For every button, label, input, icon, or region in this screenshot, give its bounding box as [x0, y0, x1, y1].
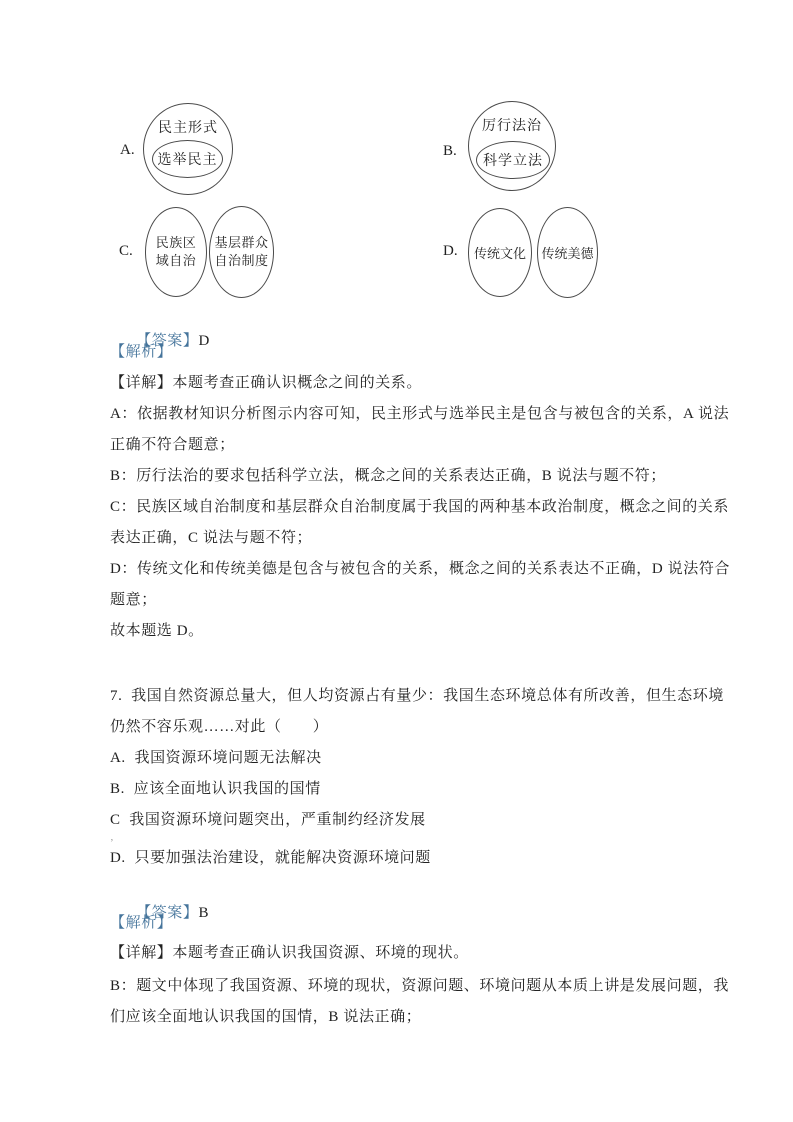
detail-line: A：依据教材知识分析图示内容可知，民主形式与选举民主是包含与被包含的关系，A 说…: [110, 404, 729, 424]
diagram-d-left-ellipse: 传统文化: [468, 208, 532, 297]
diagram-c-right-text-line1: 基层群众: [214, 234, 268, 252]
detail-line: 正确不符合题意；: [110, 435, 235, 455]
detail-line: B：题文中体现了我国资源、环境的现状，资源问题、环境问题从本质上讲是发展问题，我: [110, 976, 729, 996]
answer-line: 【答案】D: [110, 311, 210, 371]
diagram-c-left-text-line1: 民族区: [156, 234, 197, 252]
answer-value: D: [199, 333, 210, 349]
diagram-a-outer-text: 民主形式: [144, 117, 232, 137]
diagram-c-right-text-line2: 自治制度: [214, 252, 268, 270]
option-a: A. 我国资源环境问题无法解决: [110, 748, 322, 768]
option-d: D. 只要加强法治建设，就能解决资源环境问题: [110, 848, 431, 868]
analysis-bracket-label: 【解析】: [110, 913, 172, 933]
question-text-line: 7. 我国自然资源总量大，但人均资源占有量少：我国生态环境总体有所改善，但生态环…: [110, 686, 724, 706]
diagram-a-inner-ellipse: 选举民主: [152, 140, 223, 178]
document-page: A. 民主形式 选举民主 B. 厉行法治 科学立法 C. 民族区 域自治 基层群…: [0, 0, 793, 1122]
diagram-b-inner-text: 科学立法: [483, 150, 543, 170]
diagram-b-outer-ellipse: 厉行法治 科学立法: [468, 101, 556, 191]
diagram-d-left-text: 传统文化: [474, 243, 526, 262]
diagram-b-outer-text: 厉行法治: [469, 115, 555, 135]
detail-line: C：民族区域自治制度和基层群众自治制度属于我国的两种基本政治制度，概念之间的关系: [110, 497, 729, 517]
diagram-c-left-text-line2: 域自治: [156, 252, 197, 270]
conclusion-line: 故本题选 D。: [110, 621, 204, 641]
analysis-bracket-label: 【解析】: [110, 342, 172, 362]
detail-line: D：传统文化和传统美德是包含与被包含的关系，概念之间的关系表达不正确，D 说法符…: [110, 559, 730, 579]
diagram-d-right-text: 传统美德: [541, 243, 593, 262]
detail-line: 表达正确，C 说法与题不符；: [110, 528, 312, 548]
diagram-a-inner-text: 选举民主: [158, 149, 218, 169]
diagram-option-b-label: B.: [443, 143, 457, 160]
stray-mark: ‚: [110, 831, 114, 843]
answer-value: B: [199, 905, 210, 921]
diagram-c-left-ellipse: 民族区 域自治: [145, 207, 207, 297]
detail-line: B：厉行法治的要求包括科学立法，概念之间的关系表达正确，B 说法与题不符；: [110, 466, 666, 486]
question-text-line: 仍然不容乐观……对此（ ）: [110, 717, 328, 737]
diagram-option-a-label: A.: [120, 142, 135, 159]
option-b: B. 应该全面地认识我国的国情: [110, 779, 321, 799]
diagram-option-d-label: D.: [443, 243, 458, 260]
diagram-option-c-label: C.: [119, 243, 133, 260]
detail-line: 们应该全面地认识我国的国情，B 说法正确；: [110, 1007, 421, 1027]
detail-line: 【详解】本题考查正确认识概念之间的关系。: [110, 373, 422, 393]
option-c: C 我国资源环境问题突出，严重制约经济发展: [110, 810, 426, 830]
detail-line: 【详解】本题考查正确认识我国资源、环境的现状。: [110, 943, 469, 963]
diagram-c-right-ellipse: 基层群众 自治制度: [209, 206, 274, 298]
diagram-a-outer-ellipse: 民主形式 选举民主: [143, 103, 233, 195]
diagram-b-inner-ellipse: 科学立法: [476, 141, 550, 179]
detail-line: 题意；: [110, 590, 157, 610]
diagram-d-right-ellipse: 传统美德: [537, 207, 598, 298]
